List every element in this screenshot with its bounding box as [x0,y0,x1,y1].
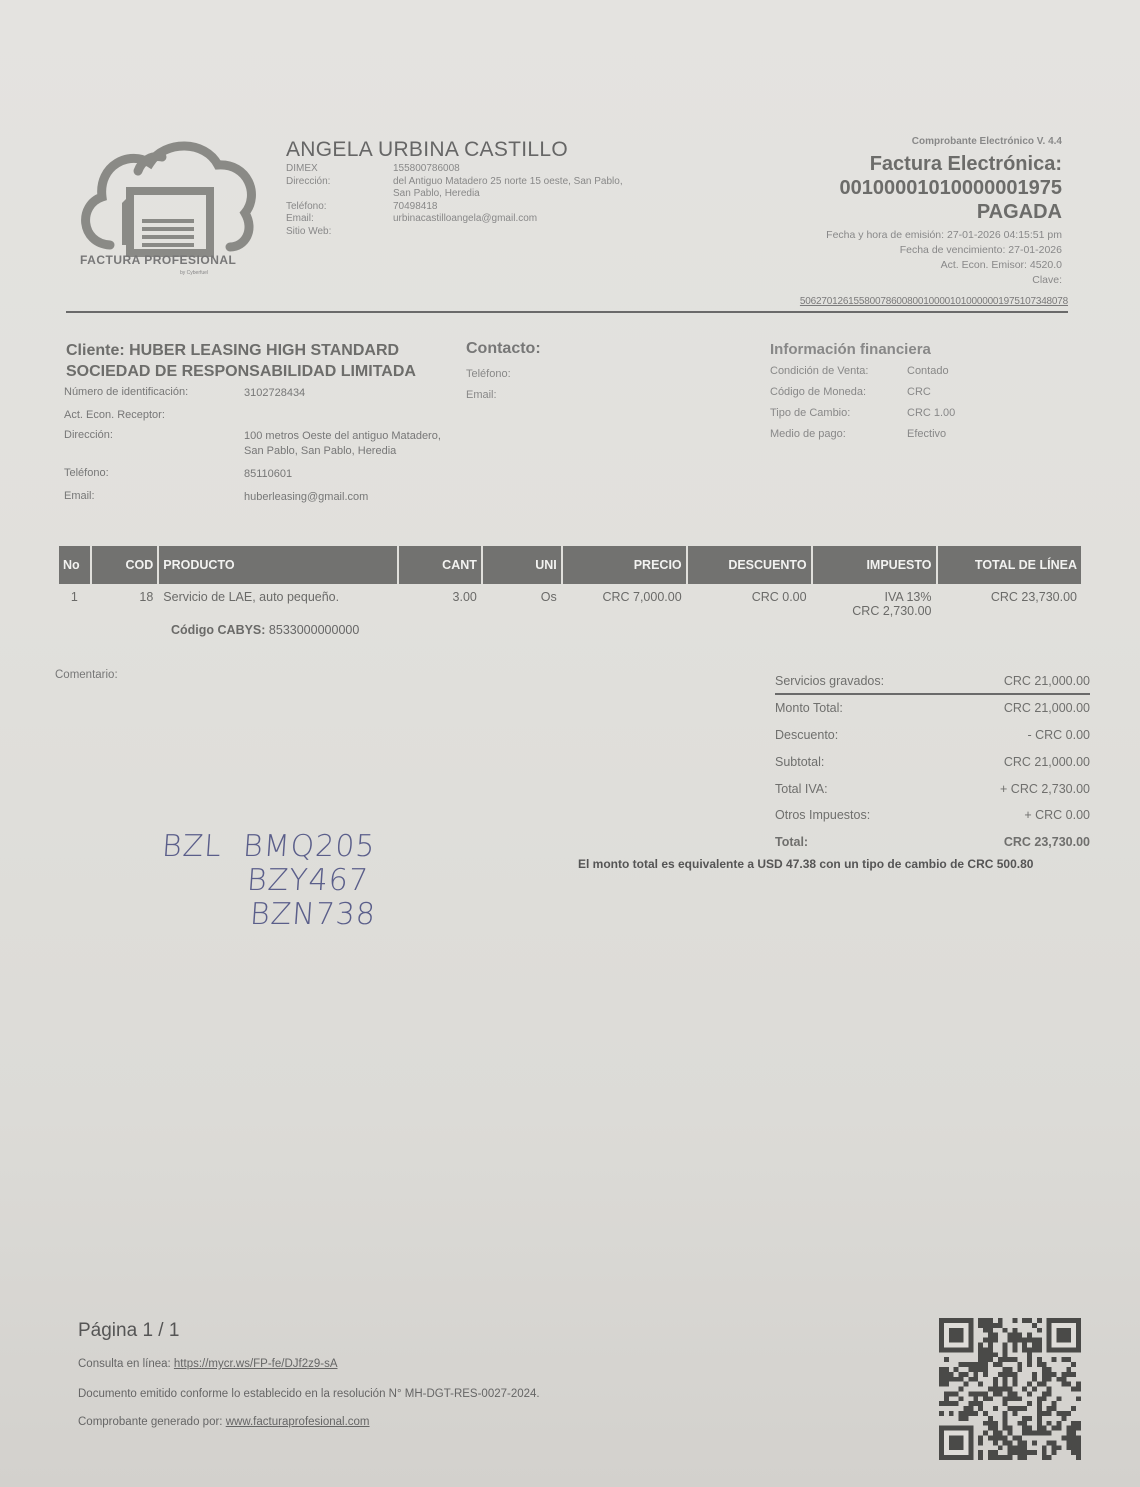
issuer-email-value: urbinacastilloangela@gmail.com [393,213,633,226]
sale-condition-label: Condición de Venta: [770,365,907,386]
logo-brand-text: FACTURA PROFESIONAL [80,253,236,267]
currency-code-label: Código de Moneda: [770,386,907,407]
grand-total-label: Total: [775,835,808,849]
cabys-value: 8533000000000 [269,623,359,637]
subtotal-label: Subtotal: [775,755,824,769]
item-price: CRC 7,000.00 [563,584,686,618]
issuer-website-value [393,226,633,239]
financial-info-title: Información financiera [770,341,931,358]
document-version: Comprobante Electrónico V. 4.4 [826,136,1062,147]
discount-value: - CRC 0.00 [1027,728,1090,742]
client-id-value: 3102728434 [244,386,454,401]
client-activity-label: Act. Econ. Receptor: [64,409,244,421]
client-address-value: 100 metros Oeste del antiguo Matadero, S… [244,429,454,459]
generated-by: Comprobante generado por: www.facturapro… [78,1416,370,1428]
col-line-total: TOTAL DE LÍNEA [938,546,1082,584]
issuer-address-label: Dirección: [286,176,393,201]
contact-title: Contacto: [466,340,541,358]
items-table: No COD PRODUCTO CANT UNI PRECIO DESCUENT… [57,546,1083,618]
usd-equivalent-note: El monto total es equivalente a USD 47.3… [578,857,1033,871]
issuer-details: DIMEX155800786008 Dirección:del Antiguo … [286,163,633,238]
exchange-rate-value: CRC 1.00 [907,407,955,428]
page-number: Página 1 / 1 [78,1320,179,1342]
payment-status-badge: PAGADA [826,200,1062,224]
client-phone-label: Teléfono: [64,467,244,482]
cabys-label: Código CABYS: [171,623,265,637]
resolution-note: Documento emitido conforme lo establecid… [78,1388,540,1400]
item-discount: CRC 0.00 [688,584,811,618]
issuer-email-label: Email: [286,213,393,226]
exchange-rate-label: Tipo de Cambio: [770,407,907,428]
total-amount-label: Monto Total: [775,701,843,715]
vat-total-label: Total IVA: [775,782,828,796]
item-unit: Os [483,584,561,618]
handwritten-note: BZL [161,829,223,864]
header-divider [66,311,1068,313]
issuer-phone-value: 70498418 [393,201,633,214]
document-number: 00100001010000001975 [826,176,1062,200]
vat-total-value: + CRC 2,730.00 [1000,782,1090,796]
col-cod: COD [92,546,158,584]
subtotal-value: CRC 21,000.00 [1004,755,1090,769]
client-activity-value [244,409,454,421]
item-tax-amount: CRC 2,730.00 [817,604,932,618]
item-code: 18 [92,584,158,618]
col-unit: UNI [483,546,561,584]
issuer-phone-label: Teléfono: [286,201,393,214]
client-address-label: Dirección: [64,429,244,459]
taxed-services-label: Servicios gravados: [775,674,884,688]
generated-by-label: Comprobante generado por: [78,1416,223,1428]
key-label: Clave: [826,273,1062,288]
client-id-label: Número de identificación: [64,386,244,401]
other-taxes-label: Otros Impuestos: [775,808,870,822]
item-line-total: CRC 23,730.00 [938,584,1082,618]
col-tax: IMPUESTO [813,546,936,584]
generated-by-link[interactable]: www.facturaprofesional.com [226,1416,370,1428]
issuer-address-value: del Antiguo Matadero 25 norte 15 oeste, … [393,176,633,201]
grand-total-value: CRC 23,730.00 [1004,835,1090,849]
issuer-id-value: 155800786008 [393,163,633,176]
document-type: Factura Electrónica: [826,152,1062,176]
payment-method-label: Medio de pago: [770,428,907,449]
qr-code-icon [939,1318,1081,1460]
online-consult-label: Consulta en línea: [78,1358,171,1370]
handwritten-note: BZY467 [246,863,370,898]
cabys-code: Código CABYS: 8533000000000 [171,623,359,637]
items-table-header: No COD PRODUCTO CANT UNI PRECIO DESCUENT… [59,546,1081,584]
item-product: Servicio de LAE, auto pequeño. [159,584,397,618]
other-taxes-value: + CRC 0.00 [1024,808,1090,822]
handwritten-note: BMQ205 [242,829,377,864]
col-price: PRECIO [563,546,686,584]
client-email-label: Email: [64,490,244,505]
financial-info: Condición de Venta:Contado Código de Mon… [770,365,955,449]
client-phone-value: 85110601 [244,467,454,482]
payment-method-value: Efectivo [907,428,946,449]
handwritten-note: BZN738 [249,897,377,932]
client-details: Número de identificación:3102728434 Act.… [64,386,454,513]
due-date: Fecha de vencimiento: 27-01-2026 [826,243,1062,258]
document-header: Comprobante Electrónico V. 4.4 Factura E… [826,136,1062,288]
currency-code-value: CRC [907,386,931,407]
item-tax-rate: IVA 13% [817,590,932,604]
issuer-activity: Act. Econ. Emisor: 4520.0 [826,258,1062,273]
col-qty: CANT [399,546,481,584]
item-no: 1 [59,584,90,618]
issuer-id-label: DIMEX [286,163,393,176]
col-no: No [59,546,90,584]
totals-summary: Servicios gravados:CRC 21,000.00 Monto T… [775,668,1090,856]
client-email-value: huberleasing@gmail.com [244,490,454,505]
issue-datetime: Fecha y hora de emisión: 27-01-2026 04:1… [826,228,1062,243]
comment-label: Comentario: [55,669,118,681]
sale-condition-value: Contado [907,365,949,386]
col-product: PRODUCTO [159,546,397,584]
taxed-services-value: CRC 21,000.00 [1004,674,1090,688]
contact-phone-label: Teléfono: [466,364,511,385]
item-tax: IVA 13% CRC 2,730.00 [813,584,936,618]
issuer-website-label: Sitio Web: [286,226,393,239]
client-name: Cliente: HUBER LEASING HIGH STANDARD SOC… [66,340,456,382]
item-qty: 3.00 [399,584,481,618]
contact-details: Teléfono: Email: [466,364,511,406]
contact-email-label: Email: [466,385,511,406]
document-key: 5062701261558007860080010000101000000197… [704,296,1068,307]
online-consult: Consulta en línea: https://mycr.ws/FP-fe… [78,1358,338,1370]
online-consult-link[interactable]: https://mycr.ws/FP-fe/DJf2z9-sA [174,1358,338,1370]
col-discount: DESCUENTO [688,546,811,584]
total-amount-value: CRC 21,000.00 [1004,701,1090,715]
table-row: 1 18 Servicio de LAE, auto pequeño. 3.00… [59,584,1081,618]
logo-brand-subtext: by Cyberfuel [180,270,208,276]
issuer-name: ANGELA URBINA CASTILLO [286,138,568,162]
discount-label: Descuento: [775,728,838,742]
